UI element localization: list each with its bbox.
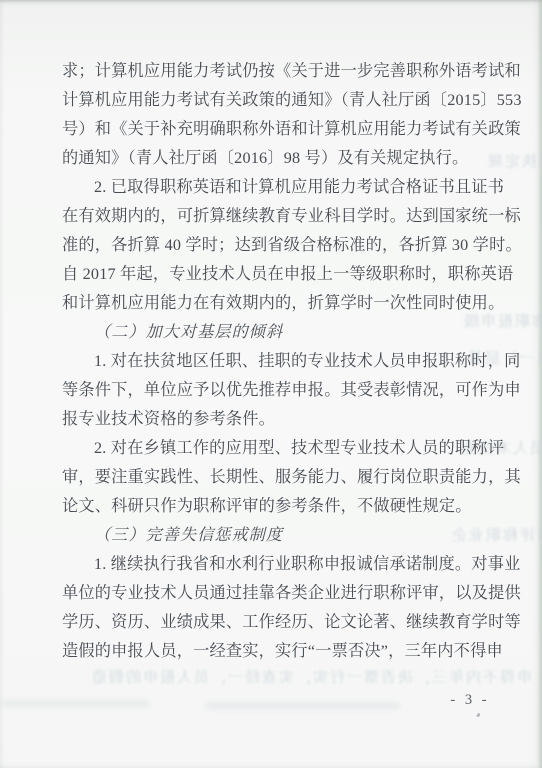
scan-top-edge-shadow xyxy=(0,0,542,3)
bleedthrough-smudge xyxy=(205,702,400,709)
bleedthrough-text: 申得不内年三，决否票一行实，实查经一，员人报申的假造 xyxy=(90,666,532,687)
scan-right-edge-shadow xyxy=(537,0,542,768)
section-heading: （二）加大对基层的倾斜 xyxy=(62,318,488,347)
section-heading: （三）完善失信惩戒制度 xyxy=(62,521,488,550)
bleedthrough-smudge xyxy=(0,700,150,707)
scanned-document-page: 行执定规 称职报申级 （一）层基 员人术技业 审评称职业企 申得不内年三，决否票… xyxy=(0,0,542,768)
text-line: 1. 继续执行我省和水利行业职称申报诚信承诺制度。对事业 xyxy=(62,550,488,579)
text-line: 等条件下，单位应予以优先推荐申报。其受表彰情况，可作为申 xyxy=(62,376,488,405)
text-line: 学历、资历、业绩成果、工作经历、论文论著、继续教育学时等 xyxy=(62,608,488,637)
text-line: 1. 对在扶贫地区任职、挂职的专业技术人员申报职称时，同 xyxy=(62,347,488,376)
text-line: 求；计算机应用能力考试仍按《关于进一步完善职称外语考试和 xyxy=(62,57,488,86)
text-line: 2. 对在乡镇工作的应用型、技术型专业技术人员的职称评 xyxy=(62,434,488,463)
text-line: 单位的专业技术人员通过挂靠各类企业进行职称评审，以及提供 xyxy=(62,579,488,608)
text-line: 造假的申报人员，一经查实，实行“一票否决”，三年内不得申 xyxy=(62,637,488,666)
text-line: 和计算机应用能力在有效期内的，折算学时一次性同时使用。 xyxy=(62,289,488,318)
page-number: - 3 - xyxy=(440,692,500,709)
bleedthrough-text: 行执定规 xyxy=(486,150,542,171)
text-line: 论文、科研只作为职称评审的参考条件，不做硬性规定。 xyxy=(62,492,488,521)
text-line: 报专业技术资格的参考条件。 xyxy=(62,405,488,434)
text-line: 在有效期内的，可折算继续教育专业科目学时。达到国家统一标 xyxy=(62,202,488,231)
document-lines: 求；计算机应用能力考试仍按《关于进一步完善职称外语考试和计算机应用能力考试有关政… xyxy=(62,57,488,666)
text-line: 计算机应用能力考试有关政策的通知》（青人社厅函〔2015〕553 xyxy=(62,86,488,115)
text-line: 的通知》（青人社厅函〔2016〕98 号）及有关规定执行。 xyxy=(62,144,488,173)
text-line: 审，要注重实践性、长期性、服务能力、履行岗位职责能力，其 xyxy=(62,463,488,492)
text-line: 自 2017 年起，专业技术人员在申报上一等级职称时，职称英语 xyxy=(62,260,488,289)
ink-speck xyxy=(476,713,480,718)
text-line: 号）和《关于补充明确职称外语和计算机应用能力考试有关政策 xyxy=(62,115,488,144)
text-line: 准的，各折算 40 学时；达到省级合格标准的，各折算 30 学时。 xyxy=(62,231,488,260)
text-line: 2. 已取得职称英语和计算机应用能力考试合格证书且证书 xyxy=(62,173,488,202)
